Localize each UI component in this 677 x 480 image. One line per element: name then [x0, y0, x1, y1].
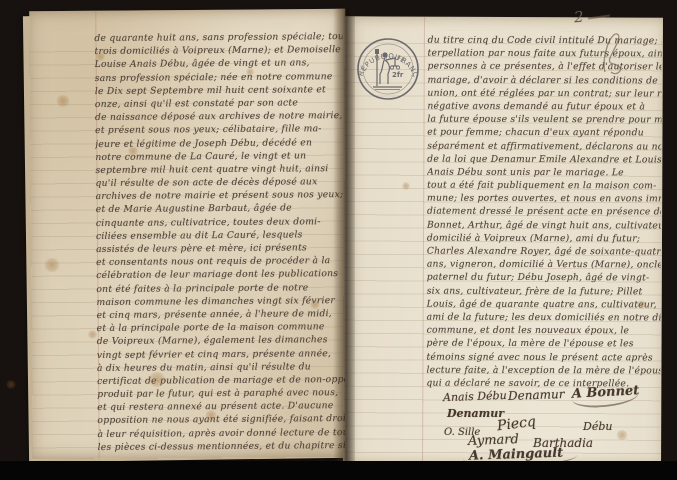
manuscript-line: archives de notre mairie et présent sous…: [96, 188, 344, 203]
svg-text:RÉPUBLIQUE FRANÇAISE: RÉPUBLIQUE FRANÇAISE: [355, 36, 420, 80]
left-page-manuscript-text: de quarante huit ans, sans profession sp…: [94, 30, 345, 456]
republique-francaise-revenue-stamp-icon: RÉPUBLIQUE FRANÇAISE 2fr: [355, 36, 421, 102]
manuscript-line: paternel du futur; Débu Joseph, âgé de v…: [427, 271, 661, 285]
manuscript-line: Anais Débu sont unis par le mariage. Le: [427, 165, 661, 179]
manuscript-line: Bonnet, Arthur, âgé de vingt huit ans, c…: [427, 218, 661, 232]
manuscript-line: séparément et affirmativement, déclarons…: [427, 139, 661, 153]
manuscript-line: domicilié à Voipreux (Marne), ami du fut…: [427, 231, 661, 245]
manuscript-line: et pour femme; chacun d'eux ayant répond…: [427, 126, 661, 140]
manuscript-line: de Voipreux (Marne), également les diman…: [97, 333, 345, 348]
manuscript-line: six ans, cultivateur, frère de la future…: [427, 284, 661, 298]
foxing-spot: [6, 380, 16, 389]
margin-rule: [422, 17, 425, 465]
manuscript-line: Louis, âgé de quarante quatre ans, culti…: [427, 297, 661, 311]
manuscript-line: ans, vigneron, domicilié à Vertus (Marne…: [427, 258, 661, 272]
manuscript-line: tout a été fait publiquement en la maiso…: [427, 179, 661, 193]
manuscript-line: la future épouse s'ils veulent se prendr…: [427, 113, 661, 127]
manuscript-line: diatement dressé le présent acte en prés…: [427, 205, 661, 219]
manuscript-line: les pièces ci-dessus mentionnées, et du …: [98, 439, 346, 454]
manuscript-line: union, ont été réglées par un contrat; s…: [427, 86, 661, 100]
scanned-register-spread: de quarante huit ans, sans profession sp…: [0, 0, 677, 480]
manuscript-line: Louise Anais Débu, âgée de vingt et un a…: [95, 56, 343, 71]
manuscript-line: négative avons demandé au futur époux et…: [427, 100, 661, 114]
page-number-annotation: 2: [573, 8, 584, 27]
manuscript-line: commune, et dont les nouveaux époux, le: [427, 324, 661, 338]
manuscript-line: Charles Alexandre Royer, âgé de soixante…: [427, 245, 661, 259]
manuscript-line: célébration de leur mariage dont les pub…: [96, 267, 344, 282]
paraph-flourish-icon: [597, 28, 635, 78]
manuscript-line: père de l'époux, la mère de l'épouse et …: [427, 337, 661, 351]
svg-text:2fr: 2fr: [392, 71, 404, 79]
manuscript-line: qui a déclaré ne savoir, de ce interpell…: [426, 376, 660, 390]
manuscript-line: et présent sous nos yeux; célibataire, f…: [95, 122, 343, 137]
scanner-background-band: [0, 461, 677, 480]
manuscript-line: témoins signé avec nous le présent acte …: [426, 350, 660, 364]
right-page-manuscript-text: du titre cinq du Code civil intitulé Du …: [426, 34, 661, 395]
manuscript-line: le Dix sept Septembre mil huit cent soix…: [95, 83, 343, 98]
manuscript-line: ami de la future; les deux domiciliés en…: [427, 311, 661, 325]
manuscript-line: cinquante ans, cultivatrice, toutes deux…: [96, 215, 344, 230]
manuscript-line: mune; les portes ouvertes, et nous en av…: [427, 192, 661, 206]
manuscript-line: de la loi que Denamur Emile Alexandre et…: [427, 152, 661, 166]
manuscript-line: lecture faite, à l'exception de la mère …: [426, 363, 660, 377]
